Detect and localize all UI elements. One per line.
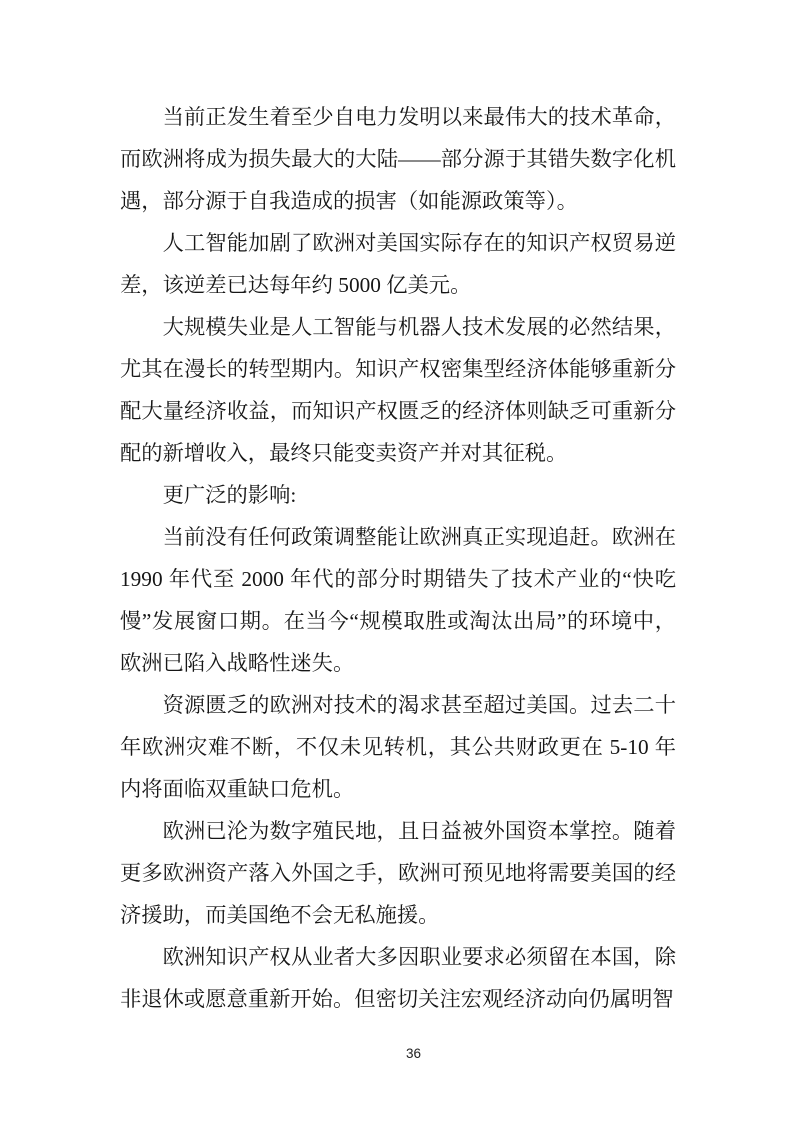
paragraph: 欧洲知识产权从业者大多因职业要求必须留在本国，除非退休或愿意重新开始。但密切关注… — [120, 936, 676, 1020]
paragraph: 资源匮乏的欧洲对技术的渴求甚至超过美国。过去二十年欧洲灾难不断，不仅未见转机，其… — [120, 684, 676, 810]
paragraph: 大规模失业是人工智能与机器人技术发展的必然结果，尤其在漫长的转型期内。知识产权密… — [120, 306, 676, 474]
document-page: 当前正发生着至少自电力发明以来最伟大的技术革命，而欧洲将成为损失最大的大陆——部… — [0, 0, 793, 1122]
paragraph: 当前没有任何政策调整能让欧洲真正实现追赶。欧洲在 1990 年代至 2000 年… — [120, 516, 676, 684]
paragraph: 当前正发生着至少自电力发明以来最伟大的技术革命，而欧洲将成为损失最大的大陆——部… — [120, 96, 676, 222]
paragraph: 欧洲已沦为数字殖民地，且日益被外国资本掌控。随着更多欧洲资产落入外国之手，欧洲可… — [120, 810, 676, 936]
paragraph: 更广泛的影响: — [120, 474, 676, 516]
paragraph: 人工智能加剧了欧洲对美国实际存在的知识产权贸易逆差，该逆差已达每年约 5000 … — [120, 222, 676, 306]
document-body: 当前正发生着至少自电力发明以来最伟大的技术革命，而欧洲将成为损失最大的大陆——部… — [120, 96, 676, 1020]
page-number: 36 — [406, 1046, 421, 1062]
